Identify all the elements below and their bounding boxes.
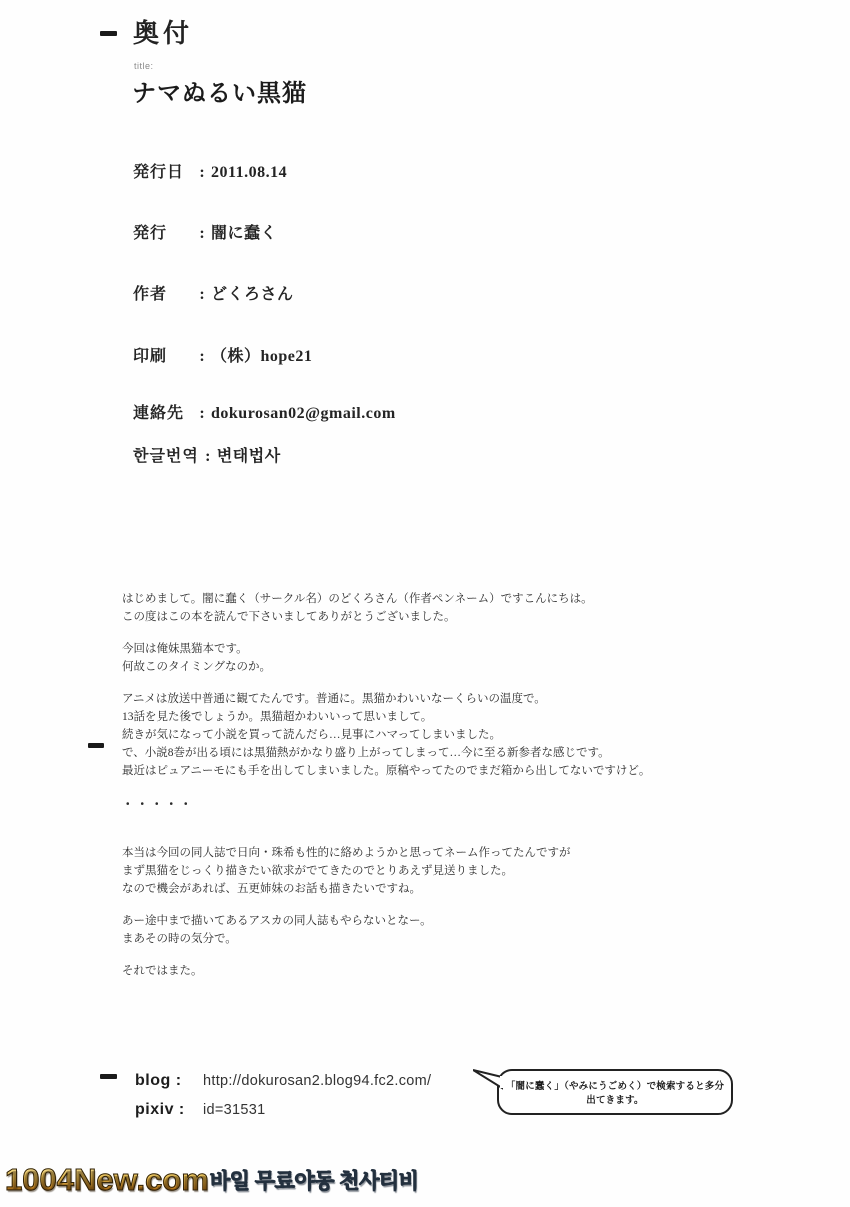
colophon-page: 奥付 title: ナマぬるい黒猫 発行日:2011.08.14 発行:闇に蠢く… <box>0 0 850 1207</box>
info-colon: : <box>199 448 217 466</box>
info-colon: : <box>193 405 211 423</box>
afterword-line: で、小説8巻が出る頃には黒猫熱がかなり盛り上がってしまって…今に至る新参者な感じ… <box>122 744 742 762</box>
info-label: 連絡先 <box>133 400 193 423</box>
afterword-line: あー途中まで描いてあるアスカの同人誌もやらないとなー。 <box>122 912 742 930</box>
links-block: blog : http://dokurosan2.blog94.fc2.com/… <box>135 1066 431 1124</box>
afterword-line: 今回は俺妹黒猫本です。 <box>122 640 742 658</box>
info-row-contact: 連絡先:dokurosan02@gmail.com <box>133 400 396 423</box>
registration-mark-top <box>100 31 117 36</box>
afterword-paragraph: それではまた。 <box>122 962 742 980</box>
afterword: はじめまして。闇に蠢く（サークル名）のどくろさん（作者ペンネーム）ですこんにちは… <box>122 590 742 994</box>
afterword-line: 本当は今回の同人誌で日向・珠希も性的に絡めようかと思ってネーム作ってたんですが <box>122 844 742 862</box>
info-value: 변태법사 <box>217 443 281 466</box>
search-hint-bubble: 「闇に蠢く」（やみにうごめく）で検索すると多分出てきます。 <box>497 1069 733 1115</box>
book-title: ナマぬるい黒猫 <box>132 73 307 108</box>
watermark: 1004New.com 바일 무료야동 천사티비 <box>5 1160 418 1200</box>
afterword-line: それではまた。 <box>122 962 742 980</box>
bubble-text: 「闇に蠢く」（やみにうごめく）で検索すると多分出てきます。 <box>506 1081 724 1106</box>
afterword-line: まあその時の気分で。 <box>122 930 742 948</box>
info-colon: : <box>193 286 211 304</box>
info-value: 2011.08.14 <box>211 164 287 182</box>
info-label: 作者 <box>133 281 193 304</box>
info-value: （株）hope21 <box>211 343 312 366</box>
watermark-korean-text: 바일 무료야동 천사티비 <box>210 1165 419 1195</box>
title-caption: title: <box>134 61 154 71</box>
info-label: 한글번역 <box>133 443 199 466</box>
info-label: 印刷 <box>133 343 193 366</box>
afterword-line: まず黒猫をじっくり描きたい欲求がでてきたのでとりあえず見送りました。 <box>122 862 742 880</box>
page-title: 奥付 <box>133 13 193 50</box>
pixiv-row: pixiv : id=31531 <box>135 1095 431 1124</box>
info-row-author: 作者:どくろさん <box>133 281 294 304</box>
info-label: 発行 <box>133 220 193 243</box>
info-label: 発行日 <box>133 159 193 182</box>
afterword-line: ・・・・・ <box>122 796 742 814</box>
info-colon: : <box>193 348 211 366</box>
afterword-paragraph: 今回は俺妹黒猫本です。何故このタイミングなのか。 <box>122 640 742 676</box>
info-row-publisher: 発行:闇に蠢く <box>133 220 277 243</box>
pixiv-label: pixiv : <box>135 1101 203 1119</box>
info-value: dokurosan02@gmail.com <box>211 405 396 423</box>
registration-mark-bottom <box>100 1074 117 1079</box>
blog-label: blog : <box>135 1072 203 1090</box>
blog-url: http://dokurosan2.blog94.fc2.com/ <box>203 1073 431 1089</box>
afterword-paragraph: ・・・・・ <box>122 796 742 814</box>
afterword-paragraph: 本当は今回の同人誌で日向・珠希も性的に絡めようかと思ってネーム作ってたんですがま… <box>122 844 742 898</box>
registration-mark-middle <box>88 743 104 748</box>
afterword-line: 続きが気になって小説を買って読んだら…見事にハマってしまいました。 <box>122 726 742 744</box>
afterword-line: 13話を見た後でしょうか。黒猫超かわいいって思いまして。 <box>122 708 742 726</box>
afterword-line: アニメは放送中普通に観てたんです。普通に。黒猫かわいいなーくらいの温度で。 <box>122 690 742 708</box>
bubble-tail <box>473 1068 503 1092</box>
info-colon: : <box>193 225 211 243</box>
afterword-line: なので機会があれば、五更姉妹のお話も描きたいですね。 <box>122 880 742 898</box>
afterword-paragraph: あー途中まで描いてあるアスカの同人誌もやらないとなー。まあその時の気分で。 <box>122 912 742 948</box>
watermark-brand: 1004New.com <box>5 1162 209 1198</box>
afterword-line: はじめまして。闇に蠢く（サークル名）のどくろさん（作者ペンネーム）ですこんにちは… <box>122 590 742 608</box>
blog-row: blog : http://dokurosan2.blog94.fc2.com/ <box>135 1066 431 1095</box>
info-row-publish-date: 発行日:2011.08.14 <box>133 159 287 182</box>
pixiv-id: id=31531 <box>203 1102 265 1118</box>
info-row-printer: 印刷:（株）hope21 <box>133 343 312 366</box>
afterword-paragraph: アニメは放送中普通に観てたんです。普通に。黒猫かわいいなーくらいの温度で。13話… <box>122 690 742 780</box>
afterword-line: この度はこの本を読んで下さいましてありがとうございました。 <box>122 608 742 626</box>
info-value: どくろさん <box>211 281 294 304</box>
info-colon: : <box>193 164 211 182</box>
afterword-paragraph: はじめまして。闇に蠢く（サークル名）のどくろさん（作者ペンネーム）ですこんにちは… <box>122 590 742 626</box>
afterword-line: 最近はピュアニーモにも手を出してしまいました。原稿やってたのでまだ箱から出してな… <box>122 762 742 780</box>
afterword-line: 何故このタイミングなのか。 <box>122 658 742 676</box>
info-value: 闇に蠢く <box>211 220 277 243</box>
info-row-korean-translation: 한글번역:변태법사 <box>133 443 281 466</box>
